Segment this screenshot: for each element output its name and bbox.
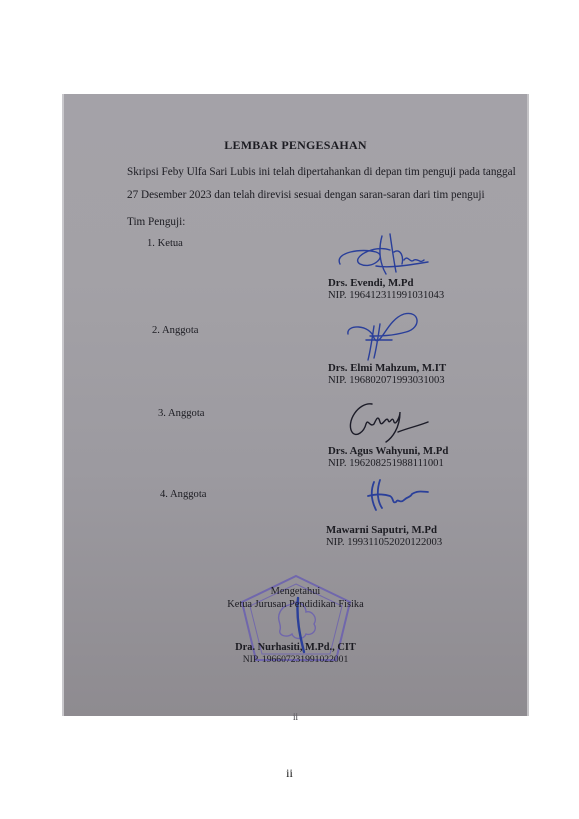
page-title: LEMBAR PENGESAHAN [64, 138, 527, 153]
approval-name: Dra. Nurhasiti, M.Pd., CIT [64, 642, 527, 653]
examiner-4-role: 4. Anggota [160, 489, 207, 500]
document-photo: LEMBAR PENGESAHAN Skripsi Feby Ulfa Sari… [62, 94, 529, 716]
examiner-2-name: Drs. Elmi Mahzum, M.IT [328, 362, 446, 374]
examiner-3-nip: NIP. 196208251988111001 [328, 458, 444, 469]
examiner-2-nip: NIP. 196802071993031003 [328, 375, 445, 386]
team-label: Tim Penguji: [127, 216, 185, 228]
examiner-1-nip: NIP. 196412311991031043 [328, 290, 444, 301]
photo-page-mark: ii [64, 712, 527, 722]
signature-icon [342, 398, 442, 444]
paragraph-line-1: Skripsi Feby Ulfa Sari Lubis ini telah d… [127, 166, 516, 178]
examiner-1-name: Drs. Evendi, M.Pd [328, 277, 413, 289]
examiner-4-name: Mawarni Saputri, M.Pd [326, 524, 437, 536]
page-number: ii [0, 766, 579, 781]
signature-icon [344, 310, 424, 364]
approval-position: Ketua Jurusan Pendidikan Fisika [64, 599, 527, 610]
examiner-3-role: 3. Anggota [158, 408, 205, 419]
paragraph-line-2: 27 Desember 2023 dan telah direvisi sesu… [127, 189, 485, 201]
signature-icon [332, 230, 432, 282]
approval-label: Mengetahui [64, 586, 527, 597]
examiner-3-name: Drs. Agus Wahyuni, M.Pd [328, 445, 448, 457]
examiner-4-nip: NIP. 199311052020122003 [326, 537, 442, 548]
approval-nip: NIP. 196607231991022001 [64, 654, 527, 665]
examiner-1-role: 1. Ketua [147, 238, 183, 249]
signature-icon [362, 478, 432, 514]
examiner-2-role: 2. Anggota [152, 325, 199, 336]
